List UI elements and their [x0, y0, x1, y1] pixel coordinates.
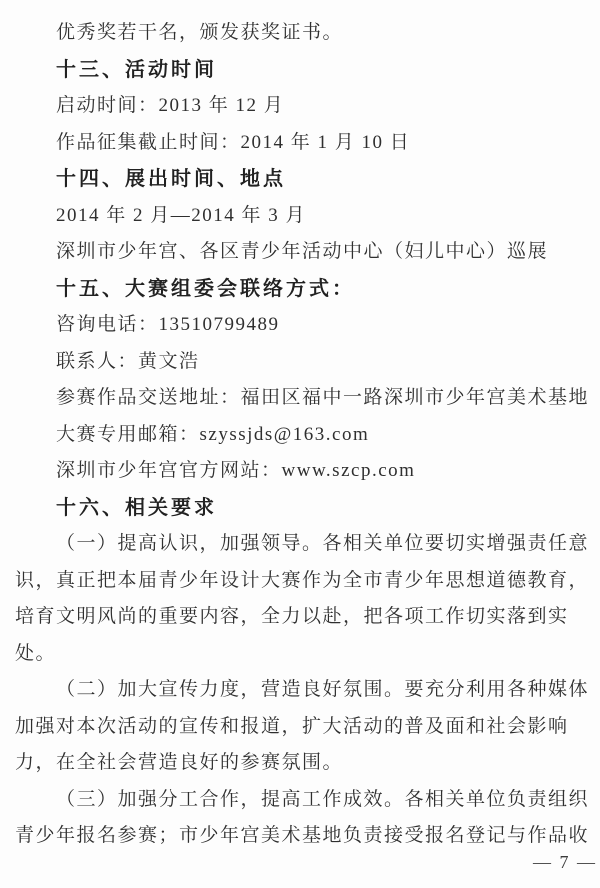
line-exhibition-venues: 深圳市少年宫、各区青少年活动中心（妇儿中心）巡展 [15, 234, 587, 271]
heading-13-activity-time: 十三、活动时间 [15, 52, 587, 89]
scanned-document-page: 优秀奖若干名，颁发获奖证书。 十三、活动时间 启动时间：2013 年 12 月 … [0, 0, 600, 888]
line-contest-email: 大赛专用邮箱：szyssjds@163.com [15, 417, 587, 454]
line-exhibition-dates: 2014 年 2 月—2014 年 3 月 [15, 198, 587, 235]
document-body: 优秀奖若干名，颁发获奖证书。 十三、活动时间 启动时间：2013 年 12 月 … [15, 15, 587, 855]
para-1-line-2: 识，真正把本届青少年设计大赛作为全市青少年思想道德教育， [15, 563, 587, 600]
line-phone-number: 咨询电话：13510799489 [15, 307, 587, 344]
page-number: — 7 — [533, 851, 597, 873]
line-award-certificate: 优秀奖若干名，颁发获奖证书。 [15, 15, 587, 52]
para-3-line-2: 青少年报名参赛；市少年宫美术基地负责接受报名登记与作品收 [15, 818, 587, 855]
para-1-line-3: 培育文明风尚的重要内容，全力以赴，把各项工作切实落到实 [15, 599, 587, 636]
heading-14-exhibition-time-place: 十四、展出时间、地点 [15, 161, 587, 198]
para-2-line-1: （二）加大宣传力度，营造良好氛围。要充分利用各种媒体， [15, 672, 587, 709]
heading-16-related-requirements: 十六、相关要求 [15, 490, 587, 527]
para-2-line-3: 力，在全社会营造良好的参赛氛围。 [15, 745, 587, 782]
line-official-website: 深圳市少年宫官方网站：www.szcp.com [15, 453, 587, 490]
line-contact-person: 联系人：黄文浩 [15, 344, 587, 381]
para-1-line-4: 处。 [15, 636, 587, 673]
para-2-line-2: 加强对本次活动的宣传和报道，扩大活动的普及面和社会影响 [15, 709, 587, 746]
heading-15-committee-contact: 十五、大赛组委会联络方式： [15, 271, 587, 308]
para-1-line-1: （一）提高认识，加强领导。各相关单位要切实增强责任意 [15, 526, 587, 563]
line-delivery-address: 参赛作品交送地址：福田区福中一路深圳市少年宫美术基地 [15, 380, 587, 417]
line-submission-deadline: 作品征集截止时间：2014 年 1 月 10 日 [15, 125, 587, 162]
line-start-time: 启动时间：2013 年 12 月 [15, 88, 587, 125]
para-3-line-1: （三）加强分工合作，提高工作成效。各相关单位负责组织 [15, 782, 587, 819]
